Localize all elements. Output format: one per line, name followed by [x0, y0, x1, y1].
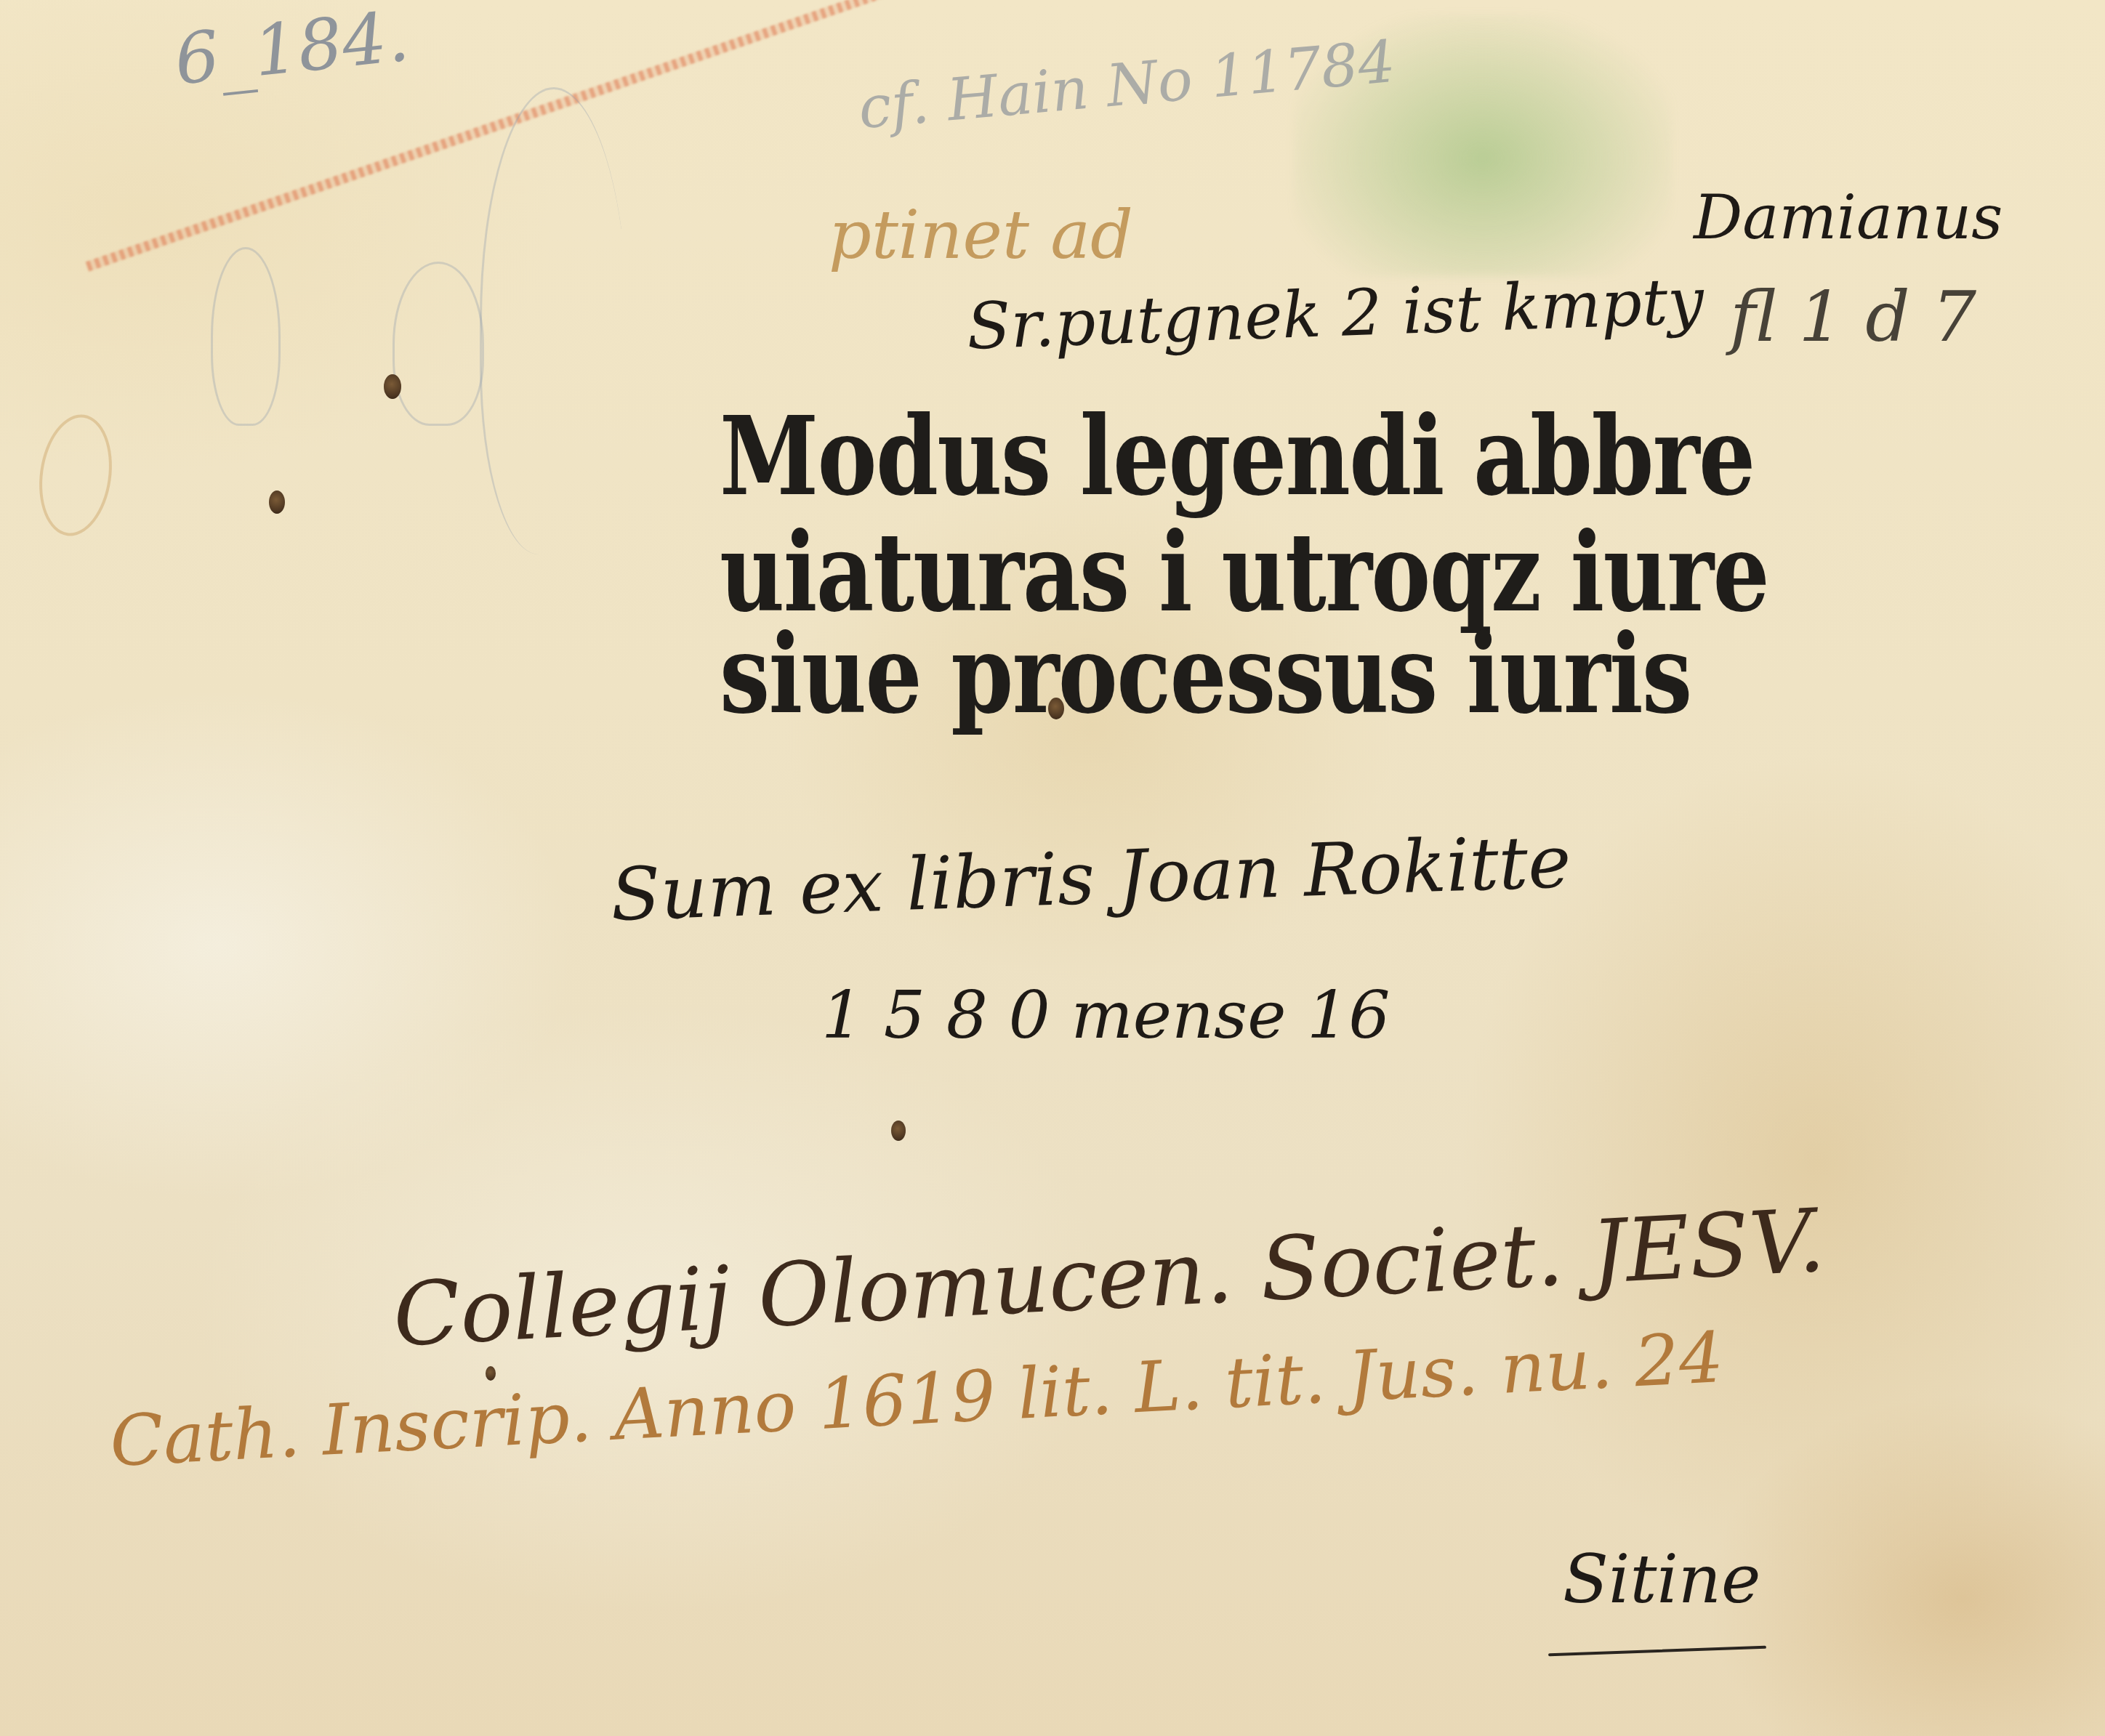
- worm-hole: [384, 374, 401, 399]
- worm-hole: [486, 1366, 496, 1381]
- top-inscription-line2: Sr.putgnek 2 ist kmpty: [966, 263, 1705, 363]
- top-inscription-damianus: Damianus: [1694, 182, 2003, 253]
- ownership-inscription-line-2: 1 5 8 0 mense 16: [821, 977, 1390, 1054]
- top-inscription-tan: ptinet ad: [829, 196, 1133, 274]
- signature-underline: [1548, 1646, 1766, 1656]
- printed-title-line-3: siue processus iuris: [720, 610, 1691, 738]
- ghost-pencil-numeral: [480, 87, 627, 554]
- signature: Sitine: [1563, 1541, 1761, 1618]
- water-stain-ring: [32, 410, 119, 541]
- top-inscription-tail: fl 1 d 7: [1730, 276, 1976, 358]
- ownership-inscription-line-1: Sum ex libris Joan Rokitte: [609, 819, 1572, 937]
- worm-hole: [891, 1121, 906, 1141]
- shelfmark-pencil: 6_184.: [171, 0, 413, 101]
- ghost-pencil-numeral: [393, 262, 484, 426]
- ghost-pencil-numeral: [211, 247, 281, 426]
- worm-hole: [269, 490, 285, 514]
- printed-title-line-1: Modus legendi abbre: [720, 392, 1755, 520]
- catalogue-inscription: Cath. Inscrip. Anno 1619 lit. L. tit. Ju…: [108, 1317, 1726, 1482]
- manuscript-page: 6_184. cf. Hain No 11784 ptinet ad Damia…: [0, 0, 2105, 1736]
